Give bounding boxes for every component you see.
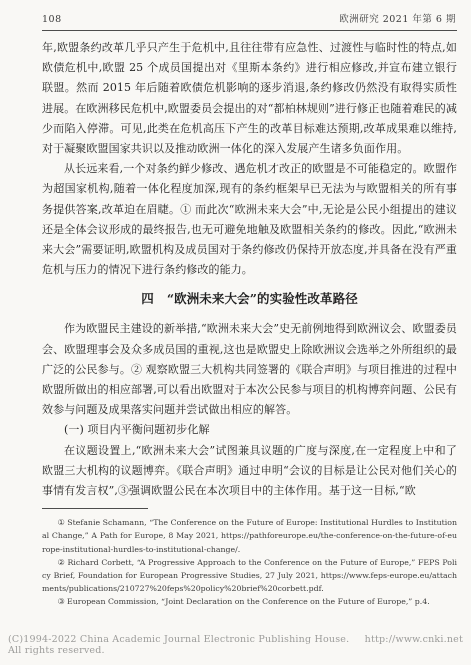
paragraph-topics: 在议题设置上,“欧洲未来大会”试图兼具议题的广度与深度,在一定程度上中和了欧盟三… (42, 441, 457, 502)
footnote-3: ③ European Commission, “Joint Declaratio… (42, 595, 457, 608)
paragraph-treaty-crisis: 年,欧盟条约改革几乎只产生于危机中,且往往带有应急性、过渡性与临时性的特点,如欧… (42, 38, 457, 159)
journal-info: 欧洲研究 2021 年第 6 期 (339, 11, 456, 25)
article-body: 年,欧盟条约改革几乎只产生于危机中,且往往带有应急性、过渡性与临时性的特点,如欧… (42, 38, 457, 501)
paragraph-new-initiative: 作为欧盟民主建设的新举措,“欧洲未来大会”史无前例地得到欧洲议会、欧盟委员会、欧… (42, 319, 457, 420)
footnote-1: ① Stefanie Schamann, “The Conference on … (42, 516, 457, 556)
section-title: “欧洲未来大会”的实验性改革路径 (167, 290, 358, 308)
journal-page: 108 欧洲研究 2021 年第 6 期 年,欧盟条约改革几乎只产生于危机中,且… (0, 0, 471, 665)
footnotes-section: ① Stefanie Schamann, “The Conference on … (42, 516, 457, 608)
paragraph-long-term: 从长远来看,一个对条约鲜少修改、遇危机才改正的欧盟是不可能稳定的。欧盟作为超国家… (42, 159, 457, 280)
footnote-separator (42, 508, 148, 509)
subsection-heading: (一) 项目内平衡问题初步化解 (42, 420, 457, 440)
cnki-url: http://www.cnki.net (365, 634, 463, 656)
section-number: 四 (141, 290, 154, 308)
header-rule (42, 30, 457, 31)
page-footer: (C)1994-2022 China Academic Journal Elec… (8, 634, 463, 656)
page-number: 108 (42, 14, 62, 25)
page-header: 108 欧洲研究 2021 年第 6 期 (42, 11, 456, 25)
copyright-text: (C)1994-2022 China Academic Journal Elec… (8, 634, 365, 656)
section-heading: 四 “欧洲未来大会”的实验性改革路径 (42, 290, 457, 308)
footnote-2: ② Richard Corbett, “A Progressive Approa… (42, 556, 457, 596)
